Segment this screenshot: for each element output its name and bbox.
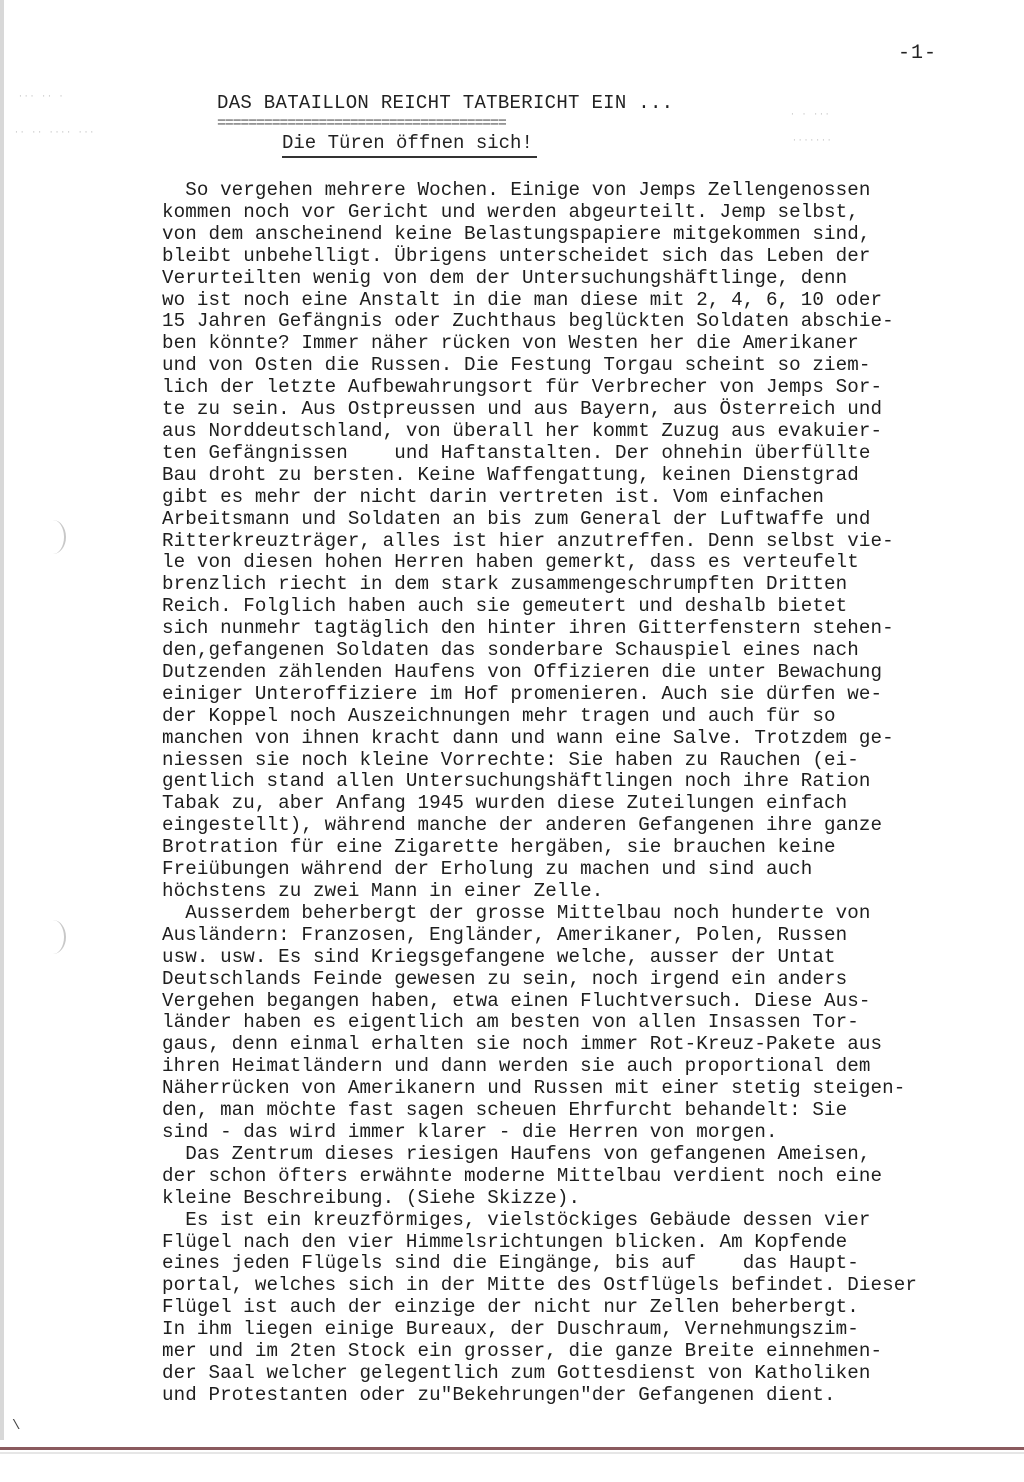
text-line: Tabak zu, aber Anfang 1945 wurden diese … xyxy=(162,793,982,815)
text-line: wo ist noch eine Anstalt in die man dies… xyxy=(162,290,982,312)
text-line: Verurteilten wenig von dem der Untersuch… xyxy=(162,268,982,290)
text-line: brenzlich riecht in dem stark zusammenge… xyxy=(162,574,982,596)
text-line: ihren Heimatländern und dann werden sie … xyxy=(162,1056,982,1078)
margin-mark: ··· ·· · xyxy=(18,92,64,101)
text-line: gentlich stand allen Untersuchungshäftli… xyxy=(162,771,982,793)
text-line: eingestellt), während manche der anderen… xyxy=(162,815,982,837)
text-line: und von Osten die Russen. Die Festung To… xyxy=(162,355,982,377)
text-line: Dutzenden zählenden Haufens von Offizier… xyxy=(162,662,982,684)
text-line: 15 Jahren Gefängnis oder Zuchthaus beglü… xyxy=(162,311,982,333)
body-text: So vergehen mehrere Wochen. Einige von J… xyxy=(162,180,982,1407)
text-line: In ihm liegen einige Bureaux, der Duschr… xyxy=(162,1319,982,1341)
text-line: te zu sein. Aus Ostpreussen und aus Baye… xyxy=(162,399,982,421)
text-line: Arbeitsmann und Soldaten an bis zum Gene… xyxy=(162,509,982,531)
page-number: -1- xyxy=(898,42,937,65)
text-line: Vergehen begangen haben, etwa einen Fluc… xyxy=(162,991,982,1013)
text-line: sind - das wird immer klarer - die Herre… xyxy=(162,1122,982,1144)
text-line: manchen von ihnen kracht dann und wann e… xyxy=(162,728,982,750)
text-line: Ritterkreuzträger, alles ist hier anzutr… xyxy=(162,531,982,553)
text-line: le von diesen hohen Herren haben gemerkt… xyxy=(162,552,982,574)
text-line: der Koppel noch Auszeichnungen mehr trag… xyxy=(162,706,982,728)
text-line: und Protestanten oder zu"Bekehrungen"der… xyxy=(162,1385,982,1407)
text-line: höchstens zu zwei Mann in einer Zelle. xyxy=(162,881,982,903)
margin-mark: ·· ·· ···· ··· xyxy=(14,128,95,137)
text-line: den,gefangenen Soldaten das sonderbare S… xyxy=(162,640,982,662)
text-line: Freiübungen während der Erholung zu mach… xyxy=(162,859,982,881)
text-line: der schon öfters erwähnte moderne Mittel… xyxy=(162,1166,982,1188)
text-line: lich der letzte Aufbewahrungsort für Ver… xyxy=(162,377,982,399)
text-line: den, man möchte fast sagen scheuen Ehrfu… xyxy=(162,1100,982,1122)
margin-mark: ······· xyxy=(792,136,833,145)
text-line: Flügel nach den vier Himmelsrichtungen b… xyxy=(162,1232,982,1254)
text-line: Flügel ist auch der einzige der nicht nu… xyxy=(162,1297,982,1319)
text-line: bleibt unbehelligt. Übrigens unterscheid… xyxy=(162,246,982,268)
page-bottom-shadow xyxy=(0,1452,1024,1454)
text-line: kleine Beschreibung. (Siehe Skizze). xyxy=(162,1188,982,1210)
text-line: eines jeden Flügels sind die Eingänge, b… xyxy=(162,1253,982,1275)
text-line: usw. usw. Es sind Kriegsgefangene welche… xyxy=(162,947,982,969)
text-line: So vergehen mehrere Wochen. Einige von J… xyxy=(162,180,982,202)
text-line: von dem anscheinend keine Belastungspapi… xyxy=(162,224,982,246)
text-line: länder haben es eigentlich am besten von… xyxy=(162,1012,982,1034)
punch-hole-mark xyxy=(40,520,66,554)
text-line: Ausländern: Franzosen, Engländer, Amerik… xyxy=(162,925,982,947)
chapter-subheading: Die Türen öffnen sich! xyxy=(282,132,537,158)
text-line: Das Zentrum dieses riesigen Haufens von … xyxy=(162,1144,982,1166)
text-line: einiger Unteroffiziere im Hof promeniere… xyxy=(162,684,982,706)
text-line: Ausserdem beherbergt der grosse Mittelba… xyxy=(162,903,982,925)
text-line: Brotration für eine Zigarette hergäben, … xyxy=(162,837,982,859)
text-line: Es ist ein kreuzförmiges, vielstöckiges … xyxy=(162,1210,982,1232)
text-line: Näherrücken von Amerikanern und Russen m… xyxy=(162,1078,982,1100)
text-line: der Saal welcher gelegentlich zum Gottes… xyxy=(162,1363,982,1385)
text-line: Reich. Folglich haben auch sie gemeutert… xyxy=(162,596,982,618)
margin-mark: · · ··· xyxy=(790,110,831,119)
text-line: mer und im 2ten Stock ein grosser, die g… xyxy=(162,1341,982,1363)
text-line: Deutschlands Feinde gewesen zu sein, noc… xyxy=(162,969,982,991)
text-line: gaus, denn einmal erhalten sie noch imme… xyxy=(162,1034,982,1056)
page-bottom-border xyxy=(0,1447,1024,1450)
text-line: aus Norddeutschland, von überall her kom… xyxy=(162,421,982,443)
text-line: niessen sie noch kleine Vorrechte: Sie h… xyxy=(162,750,982,772)
text-line: portal, welches sich in der Mitte des Os… xyxy=(162,1275,982,1297)
text-line: Bau droht zu bersten. Keine Waffengattun… xyxy=(162,465,982,487)
chapter-heading: DAS BATAILLON REICHT TATBERICHT EIN ... xyxy=(217,92,673,114)
text-line: ten Gefängnissen und Haftanstalten. Der … xyxy=(162,443,982,465)
margin-tick: \ xyxy=(12,1418,20,1434)
text-line: kommen noch vor Gericht und werden abgeu… xyxy=(162,202,982,224)
heading-underline-rule: ===================================== xyxy=(217,115,506,132)
text-line: gibt es mehr der nicht darin vertreten i… xyxy=(162,487,982,509)
text-line: sich nunmehr tagtäglich den hinter ihren… xyxy=(162,618,982,640)
page-left-edge xyxy=(0,0,4,1440)
text-line: ben könnte? Immer näher rücken von Weste… xyxy=(162,333,982,355)
punch-hole-mark xyxy=(40,920,66,954)
